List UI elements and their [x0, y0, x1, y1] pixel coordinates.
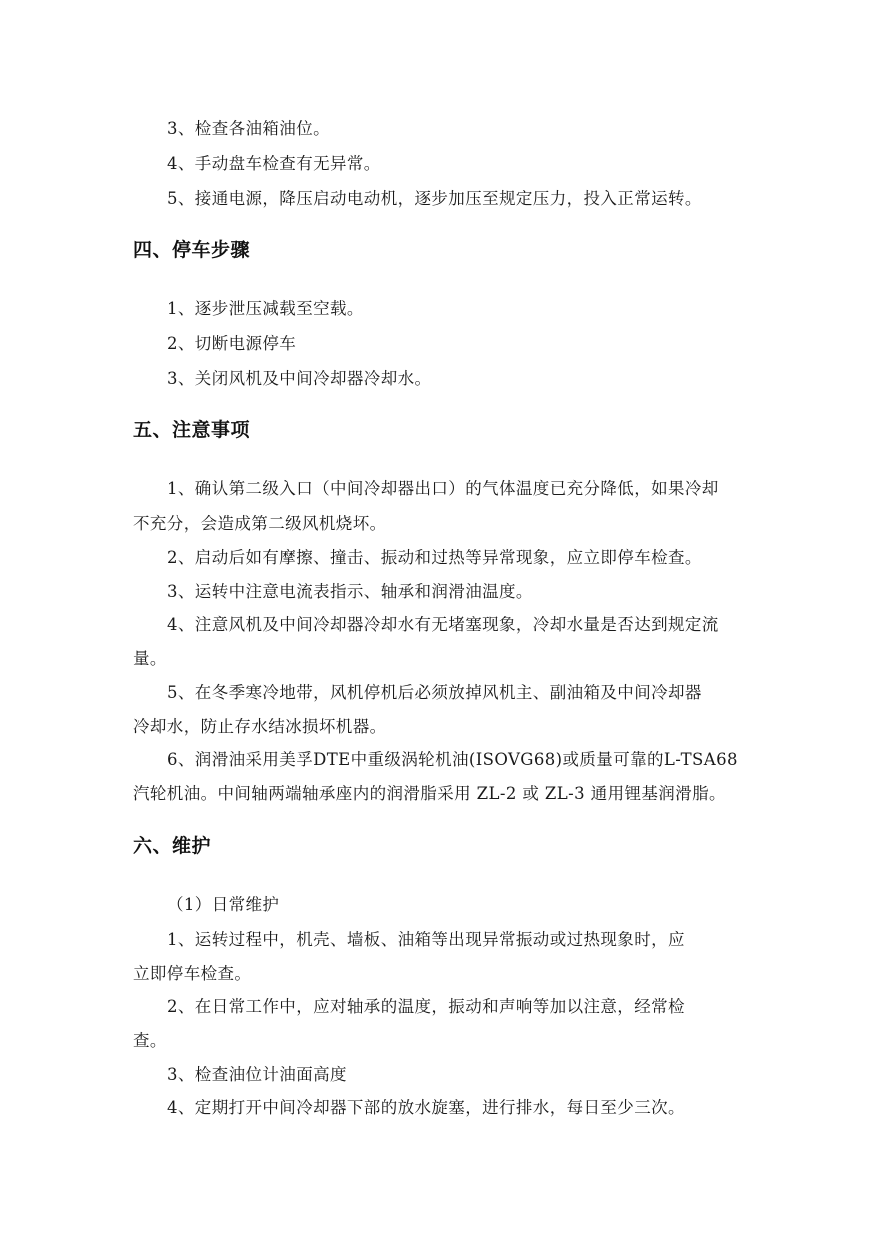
list-item-continuation: 不充分，会造成第二级风机烧坏。: [133, 505, 741, 543]
list-item: 2、启动后如有摩擦、撞击、振动和过热等异常现象，应立即停车检查。: [133, 539, 741, 577]
list-item: 3、检查各油箱油位。: [133, 110, 741, 148]
list-item-continuation: 查。: [133, 1022, 741, 1060]
section-heading-shutdown: 四、停车步骤: [133, 236, 250, 264]
list-item: 4、注意风机及中间冷却器冷却水有无堵塞现象，冷却水量是否达到规定流: [133, 606, 741, 644]
list-item: 6、润滑油采用美孚DTE中重级涡轮机油(ISOVG68)或质量可靠的L-TSA6…: [133, 741, 741, 779]
list-item: 4、定期打开中间冷却器下部的放水旋塞，进行排水，每日至少三次。: [133, 1089, 741, 1127]
section-heading-maintenance: 六、维护: [133, 832, 211, 860]
section-heading-precautions: 五、注意事项: [133, 416, 250, 444]
list-item: 5、在冬季寒冷地带，风机停机后必须放掉风机主、副油箱及中间冷却器: [133, 674, 741, 712]
list-item: 1、确认第二级入口（中间冷却器出口）的气体温度已充分降低，如果冷却: [133, 470, 741, 508]
list-item: 3、关闭风机及中间冷却器冷却水。: [133, 360, 741, 398]
list-item: 1、运转过程中，机壳、墙板、油箱等出现异常振动或过热现象时，应: [133, 921, 741, 959]
list-item-continuation: 汽轮机油。中间轴两端轴承座内的润滑脂采用 ZL-2 或 ZL-3 通用锂基润滑脂…: [133, 775, 741, 813]
list-item: 2、在日常工作中，应对轴承的温度，振动和声响等加以注意，经常检: [133, 988, 741, 1026]
list-item: 4、手动盘车检查有无异常。: [133, 145, 741, 183]
list-item-continuation: 量。: [133, 640, 741, 678]
subsection-heading-daily-maintenance: （1）日常维护: [133, 886, 741, 924]
list-item: 2、切断电源停车: [133, 325, 741, 363]
list-item: 1、逐步泄压减载至空载。: [133, 290, 741, 328]
list-item: 5、接通电源，降压启动电动机，逐步加压至规定压力，投入正常运转。: [133, 180, 741, 218]
